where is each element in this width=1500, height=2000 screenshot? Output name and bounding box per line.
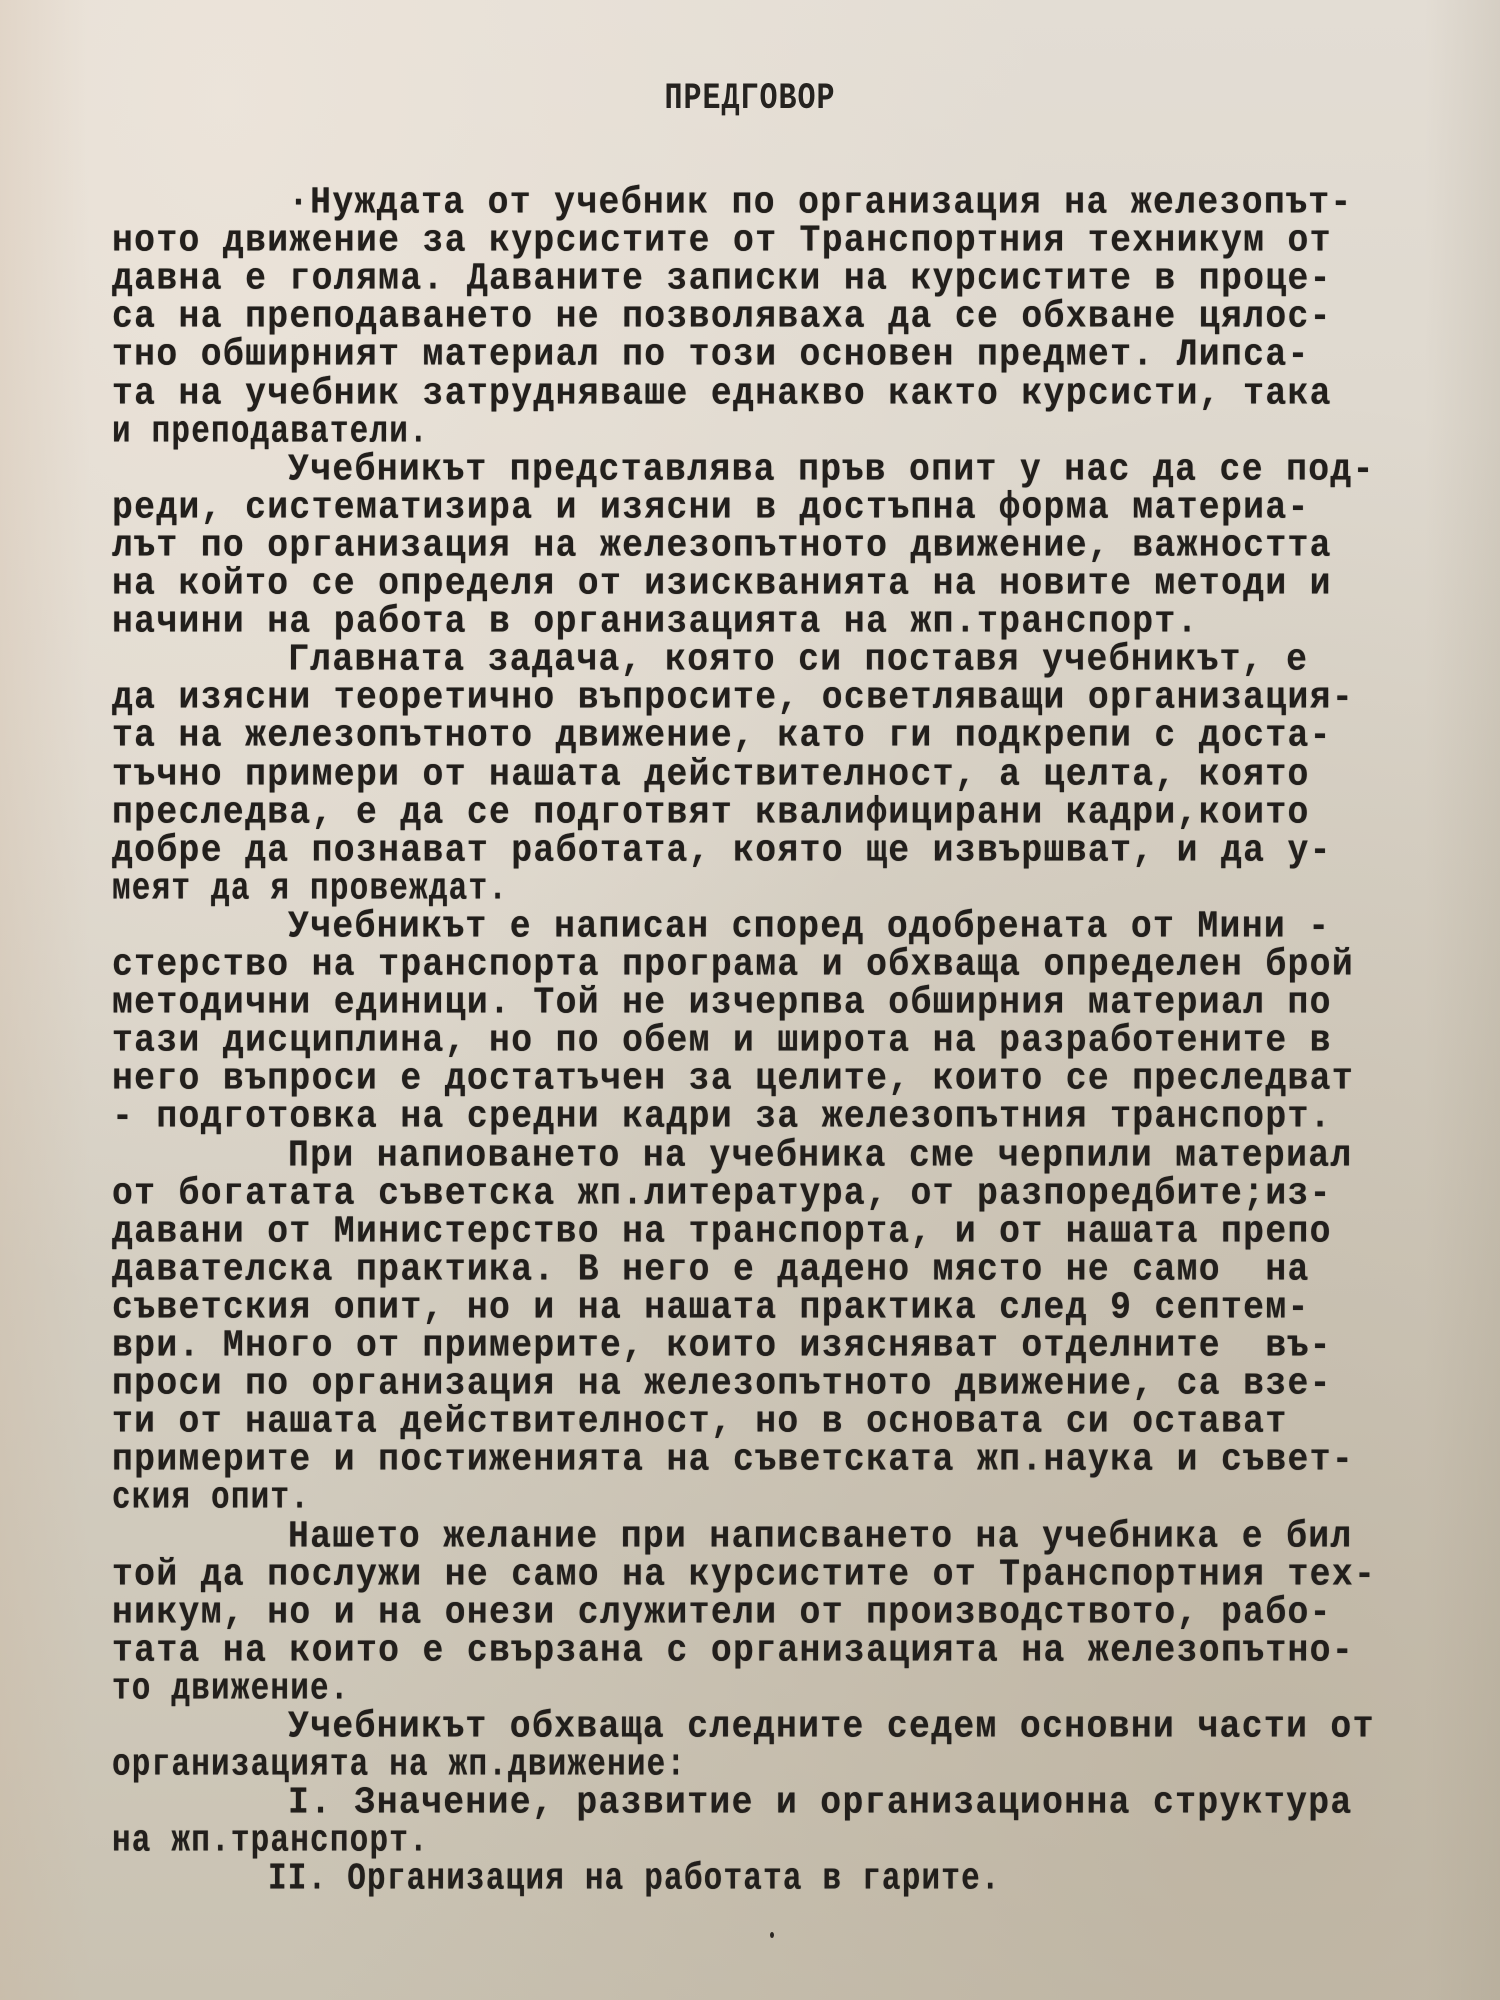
text-line: преследва, е да се подготвят квалифицира… — [112, 792, 1310, 835]
text-line: на жп.транспорт. — [112, 1820, 429, 1863]
text-line: тно обширният материал по този основен п… — [112, 334, 1310, 377]
text-line: давна е голяма. Даваните записки на курс… — [112, 258, 1332, 301]
text-line: него въпроси е достатъчен за целите, кои… — [112, 1058, 1354, 1101]
text-line: - подготовка на средни кадри за железопъ… — [112, 1096, 1332, 1139]
text-line: от богатата съветска жп.литература, от р… — [112, 1173, 1332, 1216]
text-line: стерство на транспорта програма и обхващ… — [112, 944, 1354, 987]
text-line: II. Организация на работата в гарите. — [268, 1858, 1001, 1901]
text-line: лът по организация на железопътното движ… — [112, 525, 1332, 568]
text-line: ното движение за курсистите от Транспорт… — [112, 220, 1332, 263]
text-line: Учебникът е написан според одобрената от… — [288, 906, 1330, 949]
text-line: I. Значение, развитие и организационна с… — [288, 1782, 1353, 1825]
text-line: организацията на жп.движение: — [112, 1744, 686, 1787]
text-line: тата на които е свързана с организацията… — [112, 1630, 1354, 1673]
text-line: ти от нашата действителност, но в основа… — [112, 1401, 1288, 1444]
text-line: тази дисциплина, но по обем и широта на … — [112, 1020, 1332, 1063]
text-line: тъчно примери от нашата действителност, … — [112, 754, 1310, 797]
text-line: са на преподаването не позволяваха да се… — [112, 296, 1332, 339]
text-line: съветския опит, но и на нашата практика … — [112, 1287, 1310, 1330]
text-line: Нашето желание при написването на учебни… — [288, 1516, 1353, 1559]
text-line: меят да я провеждат. — [112, 868, 508, 911]
text-line: Главната задача, която си поставя учебни… — [288, 639, 1308, 682]
text-line: При напиоването на учебника сме черпили … — [288, 1135, 1353, 1178]
text-line: методични единици. Той не изчерпва обшир… — [112, 982, 1332, 1025]
ink-speck — [770, 1932, 774, 1938]
text-line: то движение. — [112, 1668, 350, 1711]
text-line: проси по организация на железопътното дв… — [112, 1363, 1332, 1406]
text-line: Учебникът обхваща следните седем основни… — [288, 1706, 1375, 1749]
text-line: да изясни теоретично въпросите, осветляв… — [112, 677, 1354, 720]
text-line: реди, систематизира и изясни в достъпна … — [112, 487, 1310, 530]
text-line: той да послужи не само на курсистите от … — [112, 1554, 1376, 1597]
text-line: Учебникът представлява пръв опит у нас д… — [288, 449, 1375, 492]
text-line: та на железопътното движение, като ги по… — [112, 715, 1332, 758]
text-line: начини на работа в организацията на жп.т… — [112, 601, 1199, 644]
text-line: никум, но и на онези служители от произв… — [112, 1592, 1332, 1635]
text-line: давателска практика. В него е дадено мяс… — [112, 1249, 1310, 1292]
text-line: давани от Министерство на транспорта, и … — [112, 1211, 1332, 1254]
text-line: ври. Много от примерите, които изясняват… — [112, 1325, 1332, 1368]
document-page: ПРЕДГОВОР ·Нуждата от учебник по организ… — [0, 0, 1500, 2000]
page-title: ПРЕДГОВОР — [0, 78, 1500, 121]
text-line: та на учебник затрудняваше еднакво както… — [112, 373, 1332, 416]
text-line: на който се определя от изискванията на … — [112, 563, 1332, 606]
text-line: ския опит. — [112, 1477, 310, 1520]
text-line: добре да познават работата, която ще изв… — [112, 830, 1332, 873]
text-line: и преподаватели. — [112, 411, 429, 454]
text-line: примерите и постиженията на съветската ж… — [112, 1439, 1354, 1482]
text-line: ·Нуждата от учебник по организация на же… — [288, 182, 1353, 225]
